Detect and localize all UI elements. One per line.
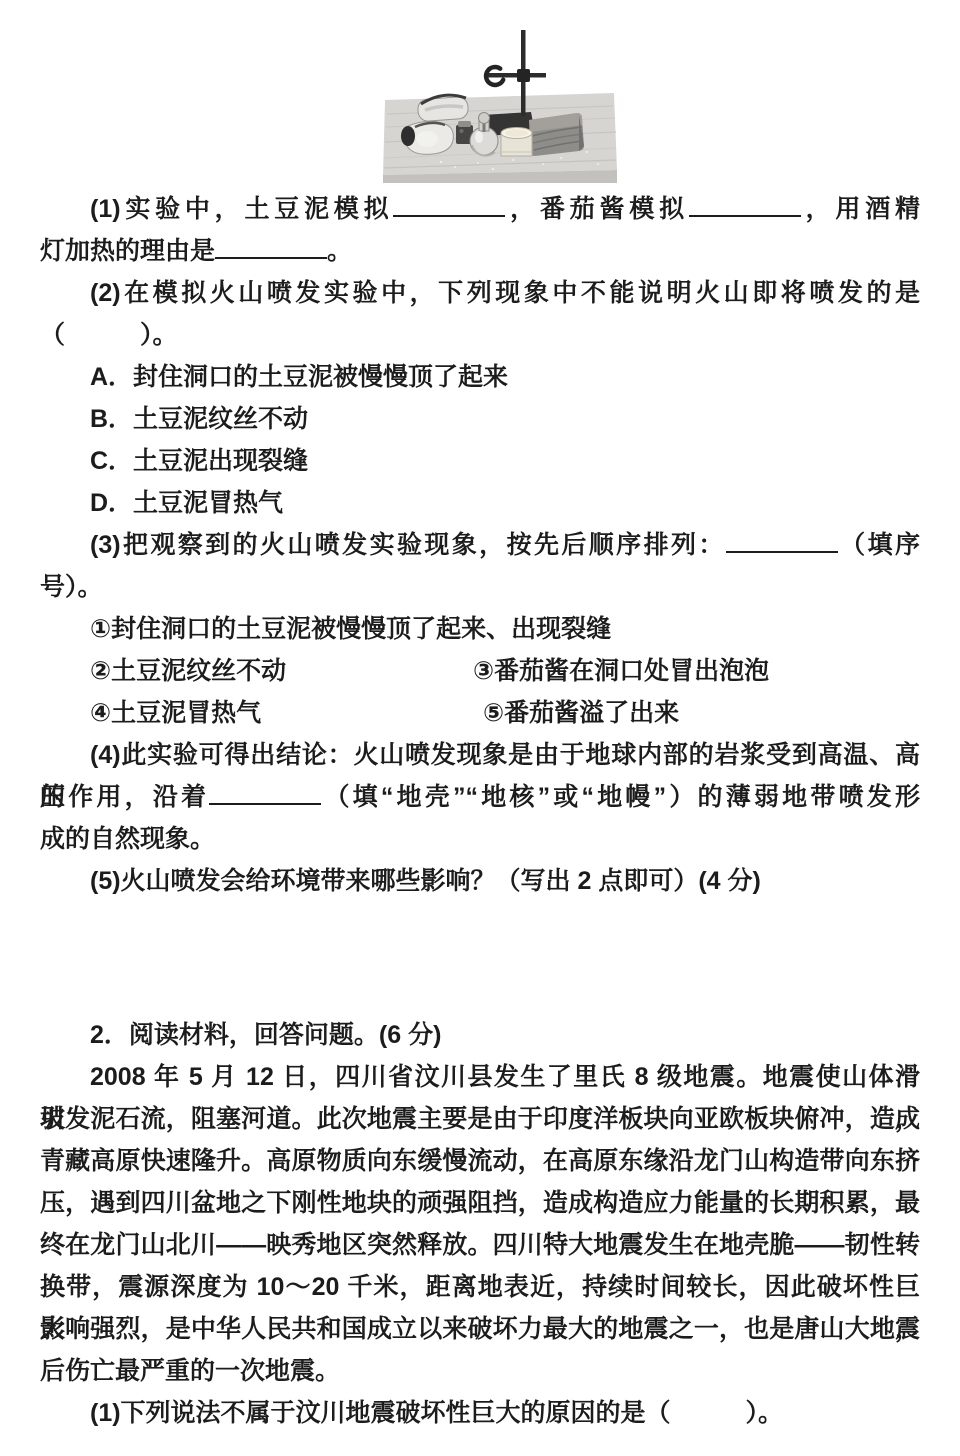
q1-sub3-item1: ①封住洞口的土豆泥被慢慢顶了起来、出现裂缝 (40, 608, 920, 650)
q1-sub2-choice-a: A．封住洞口的土豆泥被慢慢顶了起来 (40, 356, 920, 398)
q1-sub2-choice-d: D．土豆泥冒热气 (40, 482, 920, 524)
q1-sub4-line3: 成的自然现象。 (40, 818, 920, 860)
q2-title: 2．阅读材料，回答问题。(6 分) (40, 1014, 920, 1056)
white-canister (501, 128, 532, 157)
q1-sub3-line1: (3)把观察到的火山喷发实验现象，按先后顺序排列：（填序 (40, 524, 920, 566)
q1-sub1-line1: (1)实验中，土豆泥模拟，番茄酱模拟，用酒精 (40, 188, 920, 230)
q1-sub3-items-row1: ②土豆泥纹丝不动③番茄酱在洞口处冒出泡泡 (40, 650, 920, 692)
q1-sub1-text-b: ，番茄酱模拟 (505, 195, 688, 223)
experiment-photo (383, 26, 619, 184)
q1-sub4-text-a: 的作用，沿着 (40, 783, 209, 811)
q1-sub4-line2: 的作用，沿着（填“地壳”“地核”或“地幔”）的薄弱地带喷发形 (40, 776, 920, 818)
fill-in-blank (215, 232, 327, 259)
q2-para-line4: 压，遇到四川盆地之下刚性地块的顽强阻挡，造成构造应力能量的长期积累，最 (40, 1182, 920, 1224)
q1-sub3-item5: ⑤番茄酱溢了出来 (483, 692, 679, 734)
fill-in-blank (393, 190, 505, 217)
q2-para-line2: 引发泥石流，阻塞河道。此次地震主要是由于印度洋板块向亚欧板块俯冲，造成 (40, 1098, 920, 1140)
q1-sub3-text-a: (3)把观察到的火山喷发实验现象，按先后顺序排列： (90, 531, 726, 559)
q1-sub3-text-b: （填序 (838, 531, 920, 559)
q1-sub3-line2: 号）。 (40, 566, 920, 608)
q2-para-line7: 影响强烈，是中华人民共和国成立以来破坏力最大的地震之一，也是唐山大地震 (40, 1308, 920, 1350)
q1-sub3-items-row2: ④土豆泥冒热气⑤番茄酱溢了出来 (40, 692, 920, 734)
q1-sub1-line2: 灯加热的理由是。 (40, 230, 920, 272)
q1-sub3-item3: ③番茄酱在洞口处冒出泡泡 (473, 650, 769, 692)
q1-sub5-line1: (5)火山喷发会给环境带来哪些影响？（写出 2 点即可）(4 分) (40, 860, 920, 902)
document-text: (1)实验中，土豆泥模拟，番茄酱模拟，用酒精 灯加热的理由是。 (2)在模拟火山… (40, 188, 920, 1434)
q1-sub4-text-b: （填“地壳”“地核”或“地幔”）的薄弱地带喷发形 (321, 783, 920, 811)
q1-sub1-text-c: ，用酒精 (801, 195, 920, 223)
q1-sub3-item4: ④土豆泥冒热气 (90, 692, 261, 734)
q1-sub2-line1: (2)在模拟火山喷发实验中，下列现象中不能说明火山即将喷发的是 (40, 272, 920, 314)
fill-in-blank (209, 778, 321, 805)
q2-sub1-line1: (1)下列说法不属于汶川地震破坏性巨大的原因的是（ ）。 (40, 1392, 920, 1434)
q2-para-line3: 青藏高原快速隆升。高原物质向东缓慢流动，在高原东缘沿龙门山构造带向东挤 (40, 1140, 920, 1182)
q2-para-line1: 2008 年 5 月 12 日，四川省汶川县发生了里氏 8 级地震。地震使山体滑… (40, 1056, 920, 1098)
safety-goggles-upper (417, 95, 468, 122)
q1-sub1-text-a: (1)实验中，土豆泥模拟 (90, 195, 393, 223)
q1-sub2-answer-brackets: （ ）。 (40, 314, 920, 356)
exam-page: (1)实验中，土豆泥模拟，番茄酱模拟，用酒精 灯加热的理由是。 (2)在模拟火山… (0, 0, 960, 1456)
q1-sub2-choice-c: C．土豆泥出现裂缝 (40, 440, 920, 482)
q1-sub1-text-d: 灯加热的理由是 (40, 237, 215, 265)
q1-sub3-item2: ②土豆泥纹丝不动 (90, 650, 286, 692)
answer-space (40, 902, 920, 1014)
q2-para-line5: 终在龙门山北川——映秀地区突然释放。四川特大地震发生在地壳脆——韧性转 (40, 1224, 920, 1266)
q2-para-line8: 后伤亡最严重的一次地震。 (40, 1350, 920, 1392)
towel (529, 113, 584, 156)
q1-sub4-line1: (4)此实验可得出结论：火山喷发现象是由于地球内部的岩浆受到高温、高压 (40, 734, 920, 776)
experiment-photo-illustration (383, 26, 619, 184)
fill-in-blank (689, 190, 801, 217)
q1-sub2-choice-b: B．土豆泥纹丝不动 (40, 398, 920, 440)
fill-in-blank (726, 526, 838, 553)
q1-sub1-text-e: 。 (327, 237, 352, 265)
q2-para-line6: 换带，震源深度为 10～20 千米，距离地表近，持续时间较长，因此破坏性巨大， (40, 1266, 920, 1308)
